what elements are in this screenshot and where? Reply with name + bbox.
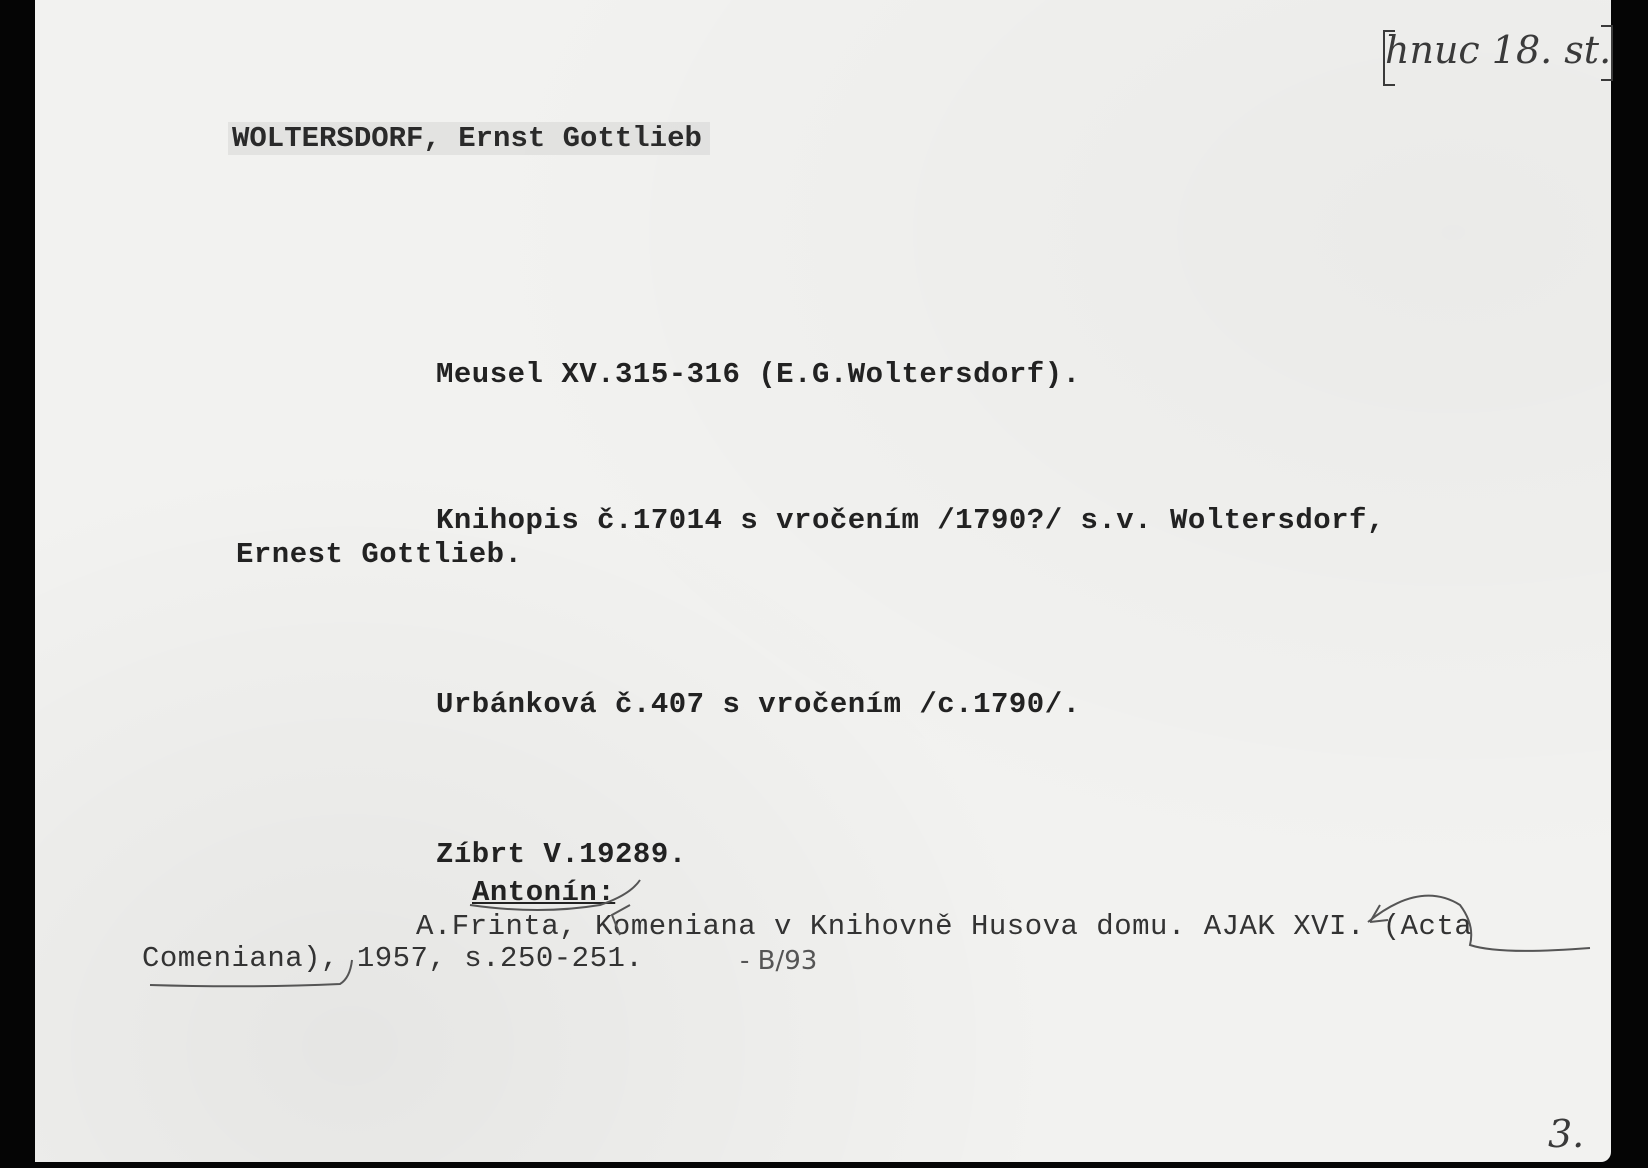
catalog-card: hnuc 18. st. (35, 0, 1611, 1162)
inserted-forename: Antonín: (472, 876, 615, 909)
reference-frinta: A.Frinta, Komeniana v Knihovně Husova do… (416, 910, 1472, 943)
page-number: 3. (1548, 1112, 1584, 1156)
reference-frinta-cont: Comeniana), 1957, s.250-251. (142, 942, 643, 975)
shelf-note: - B/93 (740, 946, 817, 976)
reference-zibrt: Zíbrt V.19289. (436, 838, 687, 871)
reference-urbankova: Urbánková č.407 s vročením /c.1790/. (436, 688, 1081, 721)
reference-meusel: Meusel XV.315-316 (E.G.Woltersdorf). (436, 358, 1081, 391)
reference-knihopis: Knihopis č.17014 s vročením /1790?/ s.v.… (436, 504, 1385, 537)
reference-knihopis-cont: Ernest Gottlieb. (236, 538, 522, 571)
bracket-right (1601, 25, 1613, 81)
classification-note: hnuc 18. st. (1385, 28, 1611, 72)
card-heading: WOLTERSDORF, Ernst Gottlieb (228, 122, 710, 155)
